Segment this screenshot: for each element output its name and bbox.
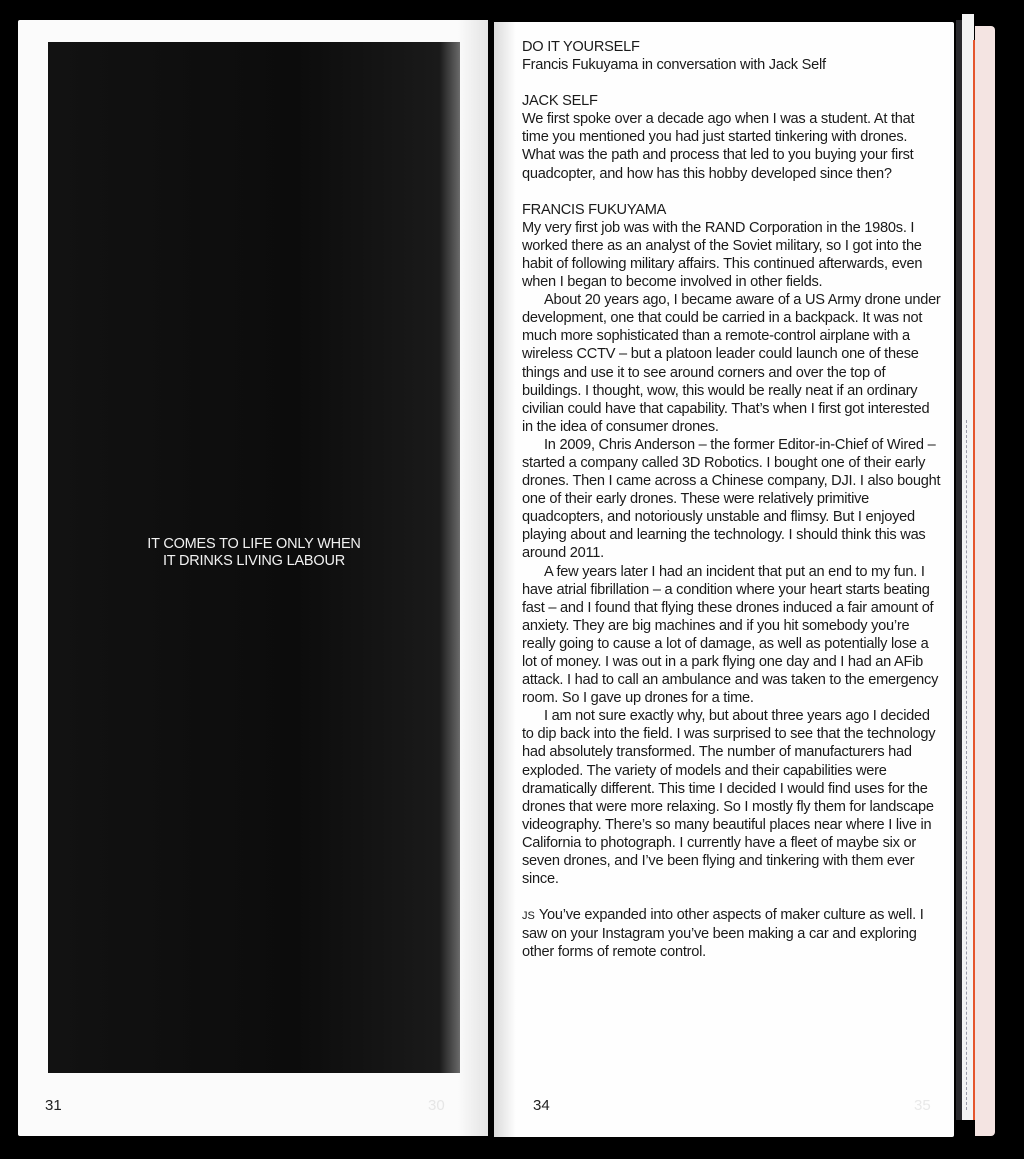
page-number-left: 31 [45,1097,62,1114]
page-number-right: 34 [533,1097,550,1114]
paragraph: We first spoke over a decade ago when I … [522,110,942,182]
speaker-initials: JS [522,910,535,922]
black-image-panel: IT COMES TO LIFE ONLY WHEN IT DRINKS LIV… [48,42,460,1073]
pull-quote-line: IT COMES TO LIFE ONLY WHEN [48,536,460,553]
followup-text: You’ve expanded into other aspects of ma… [522,907,924,960]
paragraph: I am not sure exactly why, but about thr… [522,707,942,888]
ghost-page-number-left: 30 [428,1097,445,1114]
article-subtitle: Francis Fukuyama in conversation with Ja… [522,56,942,74]
ghost-page-number-right: 35 [914,1097,931,1114]
paragraph: In 2009, Chris Anderson – the former Edi… [522,436,942,563]
paragraph: A few years later I had an incident that… [522,563,942,708]
followup-question: JSYou’ve expanded into other aspects of … [522,906,942,961]
article: DO IT YOURSELF Francis Fukuyama in conve… [522,38,942,962]
article-title: DO IT YOURSELF [522,38,942,56]
speaker-name: FRANCIS FUKUYAMA [522,201,942,219]
dark-page-edge [956,20,962,1120]
perforation-line [966,420,967,1110]
orange-page-edge [973,40,975,1120]
left-page: IT COMES TO LIFE ONLY WHEN IT DRINKS LIV… [18,20,488,1136]
paragraph: About 20 years ago, I became aware of a … [522,291,942,436]
cover-edge [975,26,995,1136]
pull-quote: IT COMES TO LIFE ONLY WHEN IT DRINKS LIV… [48,536,460,570]
pull-quote-line: IT DRINKS LIVING LABOUR [48,553,460,570]
right-page: DO IT YOURSELF Francis Fukuyama in conve… [494,22,954,1137]
speaker-name: JACK SELF [522,92,942,110]
paragraph: My very first job was with the RAND Corp… [522,219,942,291]
